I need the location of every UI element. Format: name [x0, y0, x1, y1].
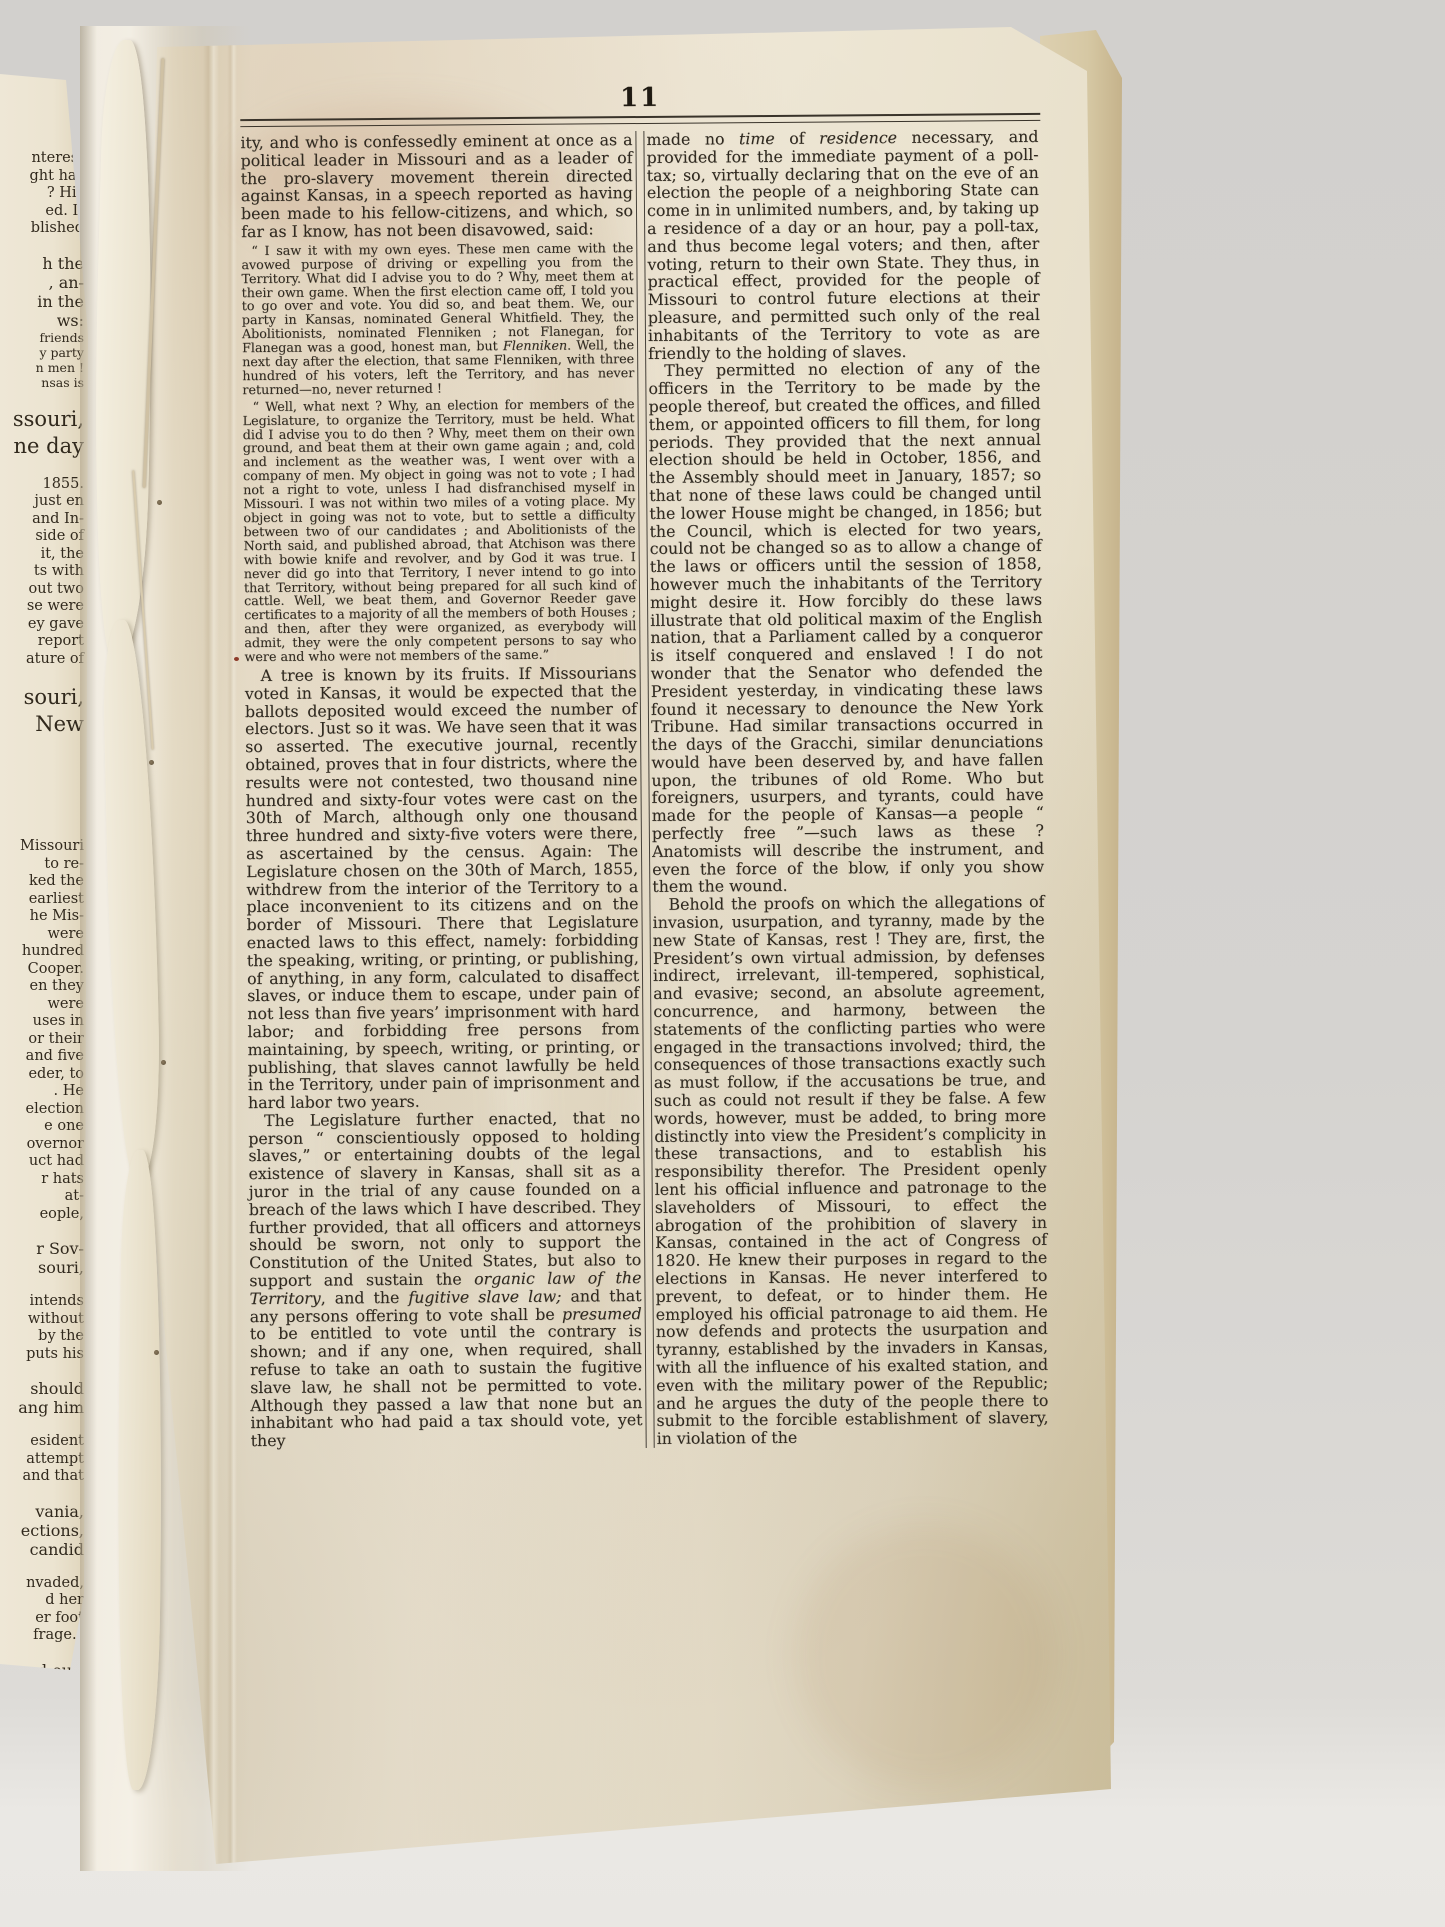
fragment-line: ature of	[0, 651, 84, 669]
fragment-line: ed. It	[0, 203, 84, 221]
fragment-line: ws:	[0, 311, 84, 330]
paragraph-left-2: A tree is known by its fruits. If Missou…	[245, 664, 640, 1112]
fragment-gap	[0, 238, 84, 254]
fragment-line: were	[0, 926, 84, 944]
text-run: of	[775, 129, 820, 148]
fragment-line: hundred	[0, 943, 84, 961]
text-run: time	[739, 129, 775, 148]
fragment-line: esident	[0, 1433, 84, 1451]
red-speck	[234, 657, 239, 661]
fragment-line: Missouri	[0, 838, 84, 856]
fragment-line: ang him	[0, 1398, 84, 1417]
fragment-line: New	[0, 711, 84, 738]
stitch-hole	[154, 1350, 159, 1355]
fragment-line: nvaded,	[0, 1575, 84, 1593]
right-column: made no time of residence necessary, and…	[646, 128, 1048, 1448]
text-run: “ Well, what next ? Why, an election for…	[243, 396, 637, 664]
fragment-gap	[0, 1363, 84, 1379]
stitch-hole	[161, 1060, 166, 1065]
fragment-line: should	[0, 1379, 84, 1398]
page-number: 11	[240, 80, 1040, 116]
text-run: residence	[819, 128, 897, 148]
fragment-line: attempt	[0, 1451, 84, 1469]
fragment-line: e one	[0, 1118, 84, 1136]
fragment-line: eder, to	[0, 1066, 84, 1084]
fragment-line: puts his	[0, 1346, 84, 1364]
paper-crease	[203, 25, 219, 1868]
text-columns: ity, and who is confessedly eminent at o…	[240, 128, 1050, 1451]
fragment-line: ts with	[0, 563, 84, 581]
fragment-line: out two	[0, 581, 84, 599]
fragment-line: and that	[0, 1468, 84, 1486]
fragment-gap	[0, 668, 84, 684]
fragment-line: were	[0, 996, 84, 1014]
fragment-line: or their	[0, 1031, 84, 1049]
stitch-hole	[157, 500, 162, 505]
paper-stain	[795, 1525, 1055, 1785]
fragment-line: ght has	[0, 168, 84, 186]
fragment-line: , an-	[0, 273, 84, 292]
fragment-line: h the	[0, 254, 84, 273]
fragment-line: intends	[0, 1293, 84, 1311]
fragment-line: election	[0, 1101, 84, 1119]
scanned-pamphlet-photo: { "page": { "number": "11" }, "left_page…	[0, 0, 1445, 1927]
fragment-line: ey gave	[0, 616, 84, 634]
text-run: necessary, and provided for the immediat…	[647, 127, 1041, 363]
paragraph-left-1: ity, and who is confessedly eminent at o…	[240, 131, 633, 241]
text-run: Behold the proofs on which the allegatio…	[653, 892, 1049, 1448]
pamphlet-page: 11 ity, and who is confessedly eminent a…	[95, 25, 1123, 1868]
left-page-fragments: nterestght has? Hised. Itblishedh the, a…	[0, 150, 84, 1674]
fragment-line: blished	[0, 220, 84, 238]
fragment-line: ne day	[0, 433, 84, 460]
fragment-line: r Sov-	[0, 1239, 84, 1258]
paragraph-right-1: made no time of residence necessary, and…	[646, 128, 1040, 362]
fragment-line: ections,	[0, 1521, 84, 1540]
fragment-gap	[0, 1645, 84, 1661]
text-run: They permitted no election of any of the…	[648, 358, 1044, 896]
fragment-line: d out-	[0, 1661, 84, 1675]
fragment-line: souri,	[0, 684, 84, 711]
fragment-line: to re-	[0, 856, 84, 874]
fragment-line: y party	[0, 345, 84, 360]
paragraph-left-3: The Legislature further enacted, that no…	[248, 1109, 643, 1450]
fragment-line: Cooper.	[0, 961, 84, 979]
text-run: made no	[646, 129, 739, 149]
fragment-gap	[0, 1486, 84, 1502]
fragment-line: frage.”	[0, 1627, 84, 1645]
text-run: to be entitled to vote until the contrar…	[250, 1321, 643, 1450]
fragment-gap	[0, 738, 84, 838]
fragment-line: ? His	[0, 185, 84, 203]
fragment-line: eople,	[0, 1206, 84, 1224]
paragraph-right-3: Behold the proofs on which the allegatio…	[652, 893, 1048, 1448]
text-run: ity, and who is confessedly eminent at o…	[240, 130, 633, 241]
typeset-area: 11 ity, and who is confessedly eminent a…	[240, 80, 1051, 1451]
fragment-line: friends	[0, 330, 84, 345]
left-page-edge: nterestght has? Hised. Itblishedh the, a…	[0, 74, 88, 1674]
fragment-line: 1855.	[0, 476, 84, 494]
fragment-line: uses in	[0, 1013, 84, 1031]
fragment-line: r hats	[0, 1171, 84, 1189]
text-run: The Legislature further enacted, that no…	[248, 1108, 641, 1290]
fragment-gap	[0, 1559, 84, 1575]
fragment-line: d her	[0, 1592, 84, 1610]
paragraph-left-quote-1: “ I saw it with my own eyes. These men c…	[241, 241, 634, 397]
fragment-line: and five	[0, 1048, 84, 1066]
fragment-line: earliest	[0, 891, 84, 909]
fragment-line: se were	[0, 598, 84, 616]
left-column: ity, and who is confessedly eminent at o…	[240, 131, 642, 1451]
fragment-line: nterest	[0, 150, 84, 168]
fragment-line: it, the	[0, 546, 84, 564]
fragment-gap	[0, 1417, 84, 1433]
fragment-line: and In-	[0, 511, 84, 529]
fragment-gap	[0, 1277, 84, 1293]
fragment-line: souri,	[0, 1258, 84, 1277]
fragment-line: ssouri,	[0, 406, 84, 433]
text-run: presumed	[562, 1304, 642, 1324]
paragraph-right-2: They permitted no election of any of the…	[648, 359, 1044, 896]
fragment-line: er foot	[0, 1610, 84, 1628]
fragment-line: en they	[0, 978, 84, 996]
fragment-line: in the	[0, 292, 84, 311]
fragment-line: n men !	[0, 360, 84, 375]
fragment-line: report	[0, 633, 84, 651]
fragment-gap	[0, 1223, 84, 1239]
fragment-line: candid	[0, 1540, 84, 1559]
stitch-hole	[149, 760, 154, 765]
fragment-line: he Mis-	[0, 908, 84, 926]
fragment-line: without	[0, 1311, 84, 1329]
fragment-line: nsas is	[0, 375, 84, 390]
fragment-line: uct had	[0, 1153, 84, 1171]
text-run: A tree is known by its fruits. If Missou…	[245, 663, 640, 1112]
fragment-gap	[0, 460, 84, 476]
paragraph-left-quote-2: “ Well, what next ? Why, an election for…	[242, 397, 636, 664]
fragment-line: . He	[0, 1083, 84, 1101]
fragment-line: by the	[0, 1328, 84, 1346]
fragment-line: vania,	[0, 1502, 84, 1521]
paper-crease	[227, 25, 237, 1868]
fragment-line: overnor	[0, 1136, 84, 1154]
fragment-line: ked the	[0, 873, 84, 891]
fragment-line: side of	[0, 528, 84, 546]
fragment-gap	[0, 390, 84, 406]
text-run: , and the	[321, 1288, 409, 1308]
fragment-line: just en	[0, 493, 84, 511]
fragment-line: at-	[0, 1188, 84, 1206]
